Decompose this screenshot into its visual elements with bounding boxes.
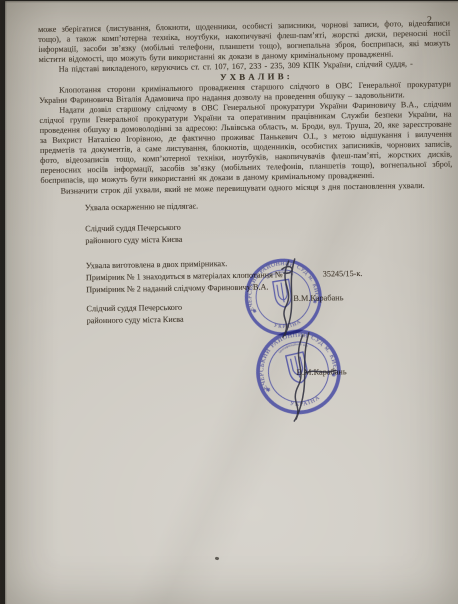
document-page: 2 може зберігатися (листування, блокноти… (38, 19, 455, 328)
document-photo: 2 може зберігатися (листування, блокноти… (5, 1, 458, 604)
photo-edge-top (0, 0, 458, 3)
paragraph-storage-continuation: може зберігатися (листування, блокноти, … (38, 19, 451, 66)
photo-edge-left (0, 0, 7, 604)
page-number: 2 (427, 16, 432, 26)
court-seal-stamp-bottom (246, 319, 351, 424)
case-number: 35245/15-к. (323, 269, 363, 279)
paper-speck (215, 556, 220, 560)
signature-block-top: Слідчий суддя Печерського районного суду… (85, 217, 453, 247)
paragraph-no-appeal: Ухвала оскарженню не підлягає. (85, 196, 453, 214)
paragraph-search-permission: Надати дозвіл старшому слідчому в ОВС Ге… (39, 99, 452, 186)
